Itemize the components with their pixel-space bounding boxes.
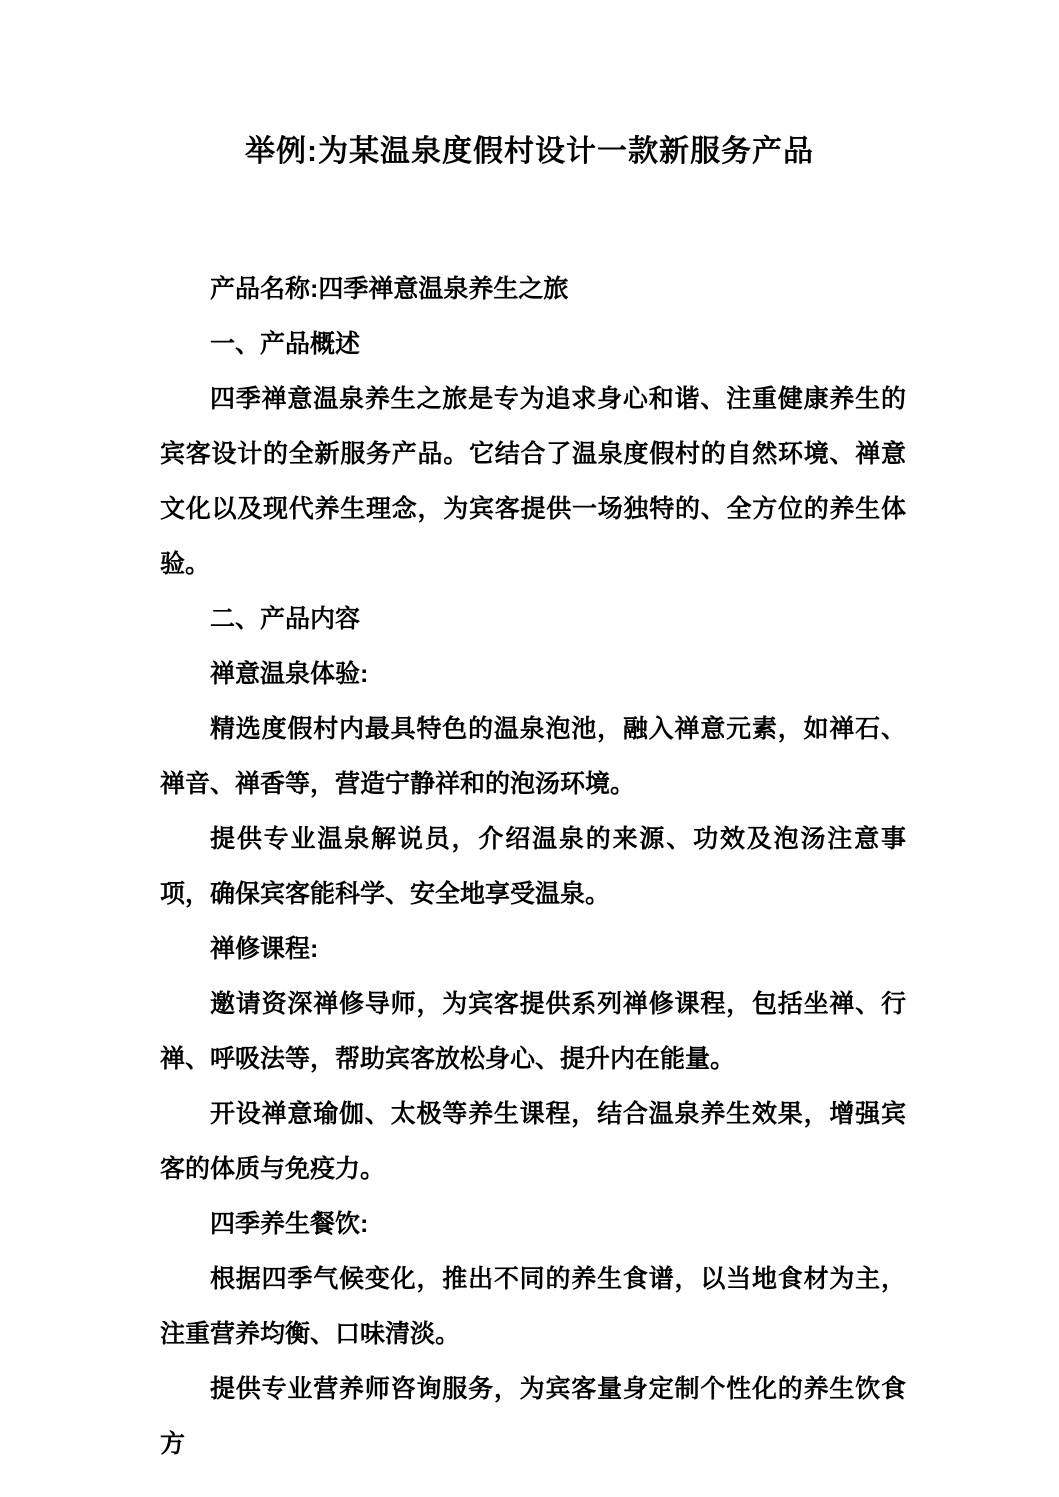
paragraph-hotspring-pools: 精选度假村内最具特色的温泉泡池，融入禅意元素，如禅石、禅音、禅香等，营造宁静祥和… [160, 702, 906, 812]
document-title: 举例:为某温泉度假村设计一款新服务产品 [0, 0, 1059, 174]
paragraph-heading-overview: 一、产品概述 [160, 317, 906, 372]
paragraph-product-name: 产品名称:四季禅意温泉养生之旅 [160, 262, 906, 317]
paragraph-nutritionist-service: 提供专业营养师咨询服务，为宾客量身定制个性化的养生饮食方 [160, 1362, 906, 1472]
paragraph-heading-content: 二、产品内容 [160, 592, 906, 647]
document-page: 举例:为某温泉度假村设计一款新服务产品 产品名称:四季禅意温泉养生之旅 一、产品… [0, 0, 1059, 1497]
paragraph-label-hotspring-experience: 禅意温泉体验: [160, 647, 906, 702]
paragraph-seasonal-recipes: 根据四季气候变化，推出不同的养生食谱，以当地食材为主，注重营养均衡、口味清淡。 [160, 1252, 906, 1362]
paragraph-zen-course-body: 邀请资深禅修导师，为宾客提供系列禅修课程，包括坐禅、行禅、呼吸法等，帮助宾客放松… [160, 977, 906, 1087]
paragraph-overview-body: 四季禅意温泉养生之旅是专为追求身心和谐、注重健康养生的宾客设计的全新服务产品。它… [160, 372, 906, 592]
paragraph-yoga-taichi: 开设禅意瑜伽、太极等养生课程，结合温泉养生效果，增强宾客的体质与免疫力。 [160, 1087, 906, 1197]
document-body: 产品名称:四季禅意温泉养生之旅 一、产品概述 四季禅意温泉养生之旅是专为追求身心… [160, 262, 906, 1472]
paragraph-hotspring-guide: 提供专业温泉解说员，介绍温泉的来源、功效及泡汤注意事项，确保宾客能科学、安全地享… [160, 812, 906, 922]
paragraph-label-zen-course: 禅修课程: [160, 922, 906, 977]
paragraph-label-seasonal-dining: 四季养生餐饮: [160, 1197, 906, 1252]
